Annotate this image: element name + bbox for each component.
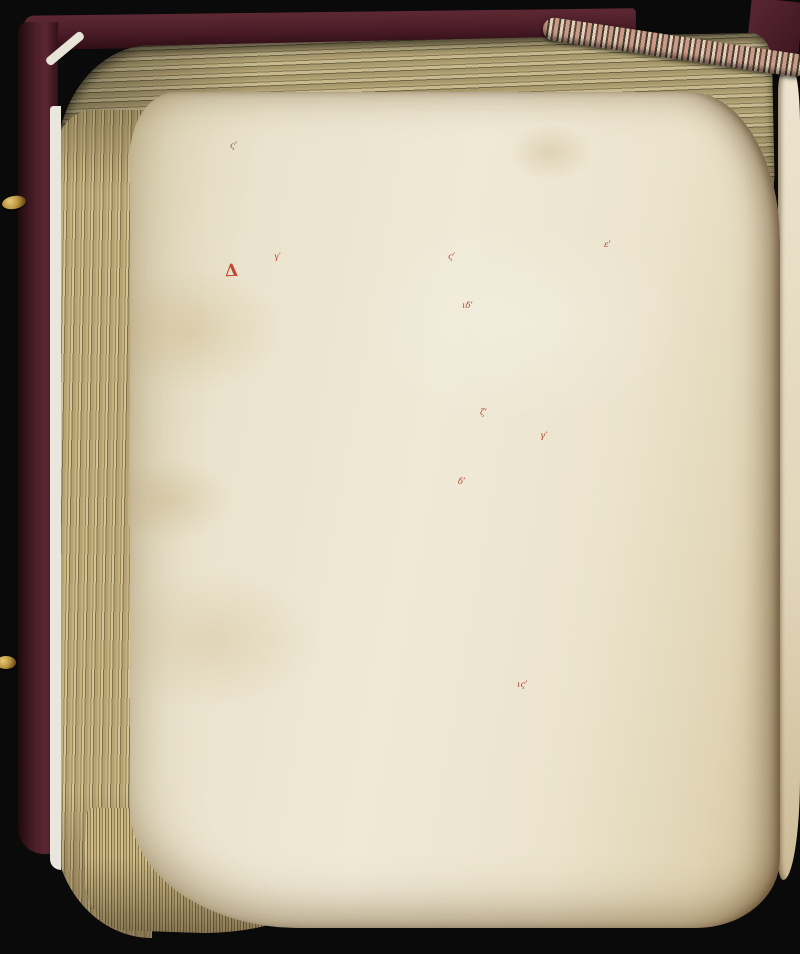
rubric-mark: εʹ xyxy=(604,240,611,250)
rubric-mark: ςʹ xyxy=(230,141,237,151)
next-page-sliver xyxy=(778,68,800,880)
rubric-mark: ςʹ xyxy=(448,252,455,262)
rubric-mark: ζʹ xyxy=(480,408,487,418)
rubric-mark: δʹ xyxy=(458,477,465,487)
clasp-pin-icon xyxy=(0,656,16,669)
rubric-mark: γʹ xyxy=(540,431,547,441)
manuscript-page xyxy=(130,92,780,928)
rubric-initial-note: γʹ xyxy=(274,252,281,261)
manuscript-photo: Π ϊλαοῦν λαὸ κα ϊπέσα τῶν ὁδ᾽ μοί τε ἓ ὀ… xyxy=(0,0,800,954)
rubric-initial-letter: Δ xyxy=(225,261,239,281)
margin-gloss-column: τὰς θὼ αμε νῆ εν ὧφὲν πὲ· πηὶ ωδὰπὶ εν ὂ… xyxy=(229,185,341,191)
flyleaf-sliver xyxy=(50,106,61,870)
rubric-mark: ιςʹ xyxy=(517,680,527,690)
rubric-mark: ιδʹ xyxy=(462,301,473,311)
paragraph-gap xyxy=(229,185,341,191)
